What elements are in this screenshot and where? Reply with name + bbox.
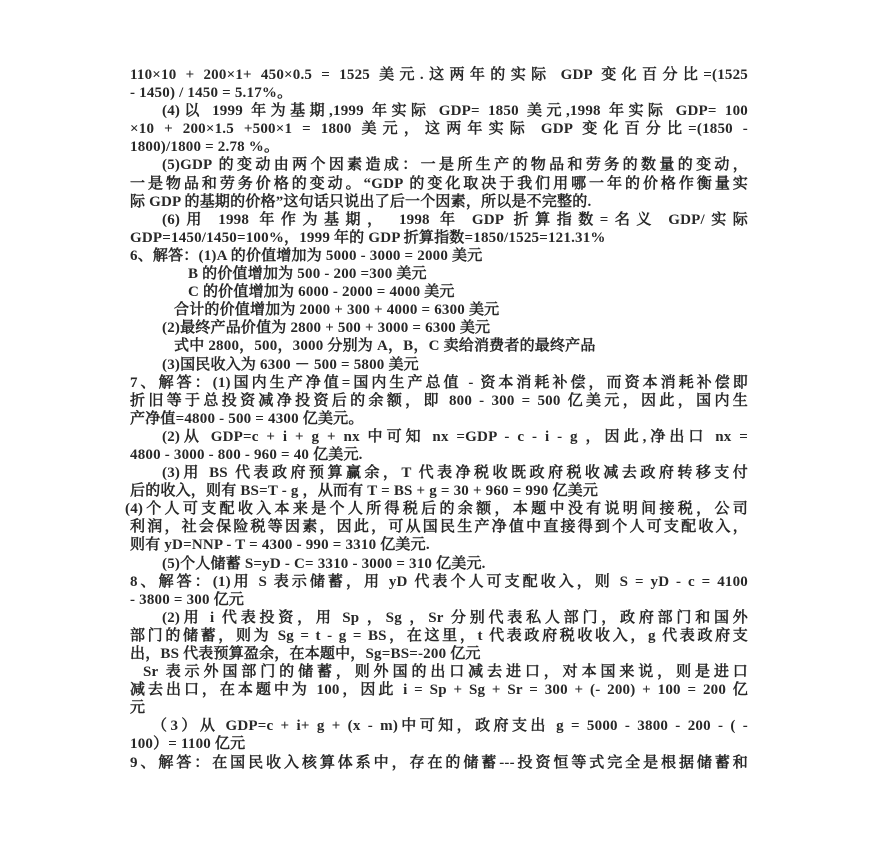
text-line: 部门的储蓄，则为 Sg = t - g = BS，在这里，t 代表政府税收收入，…: [130, 627, 748, 645]
text-line: 元: [130, 699, 748, 717]
text-line: 7、解答：(1)国内生产净值=国内生产总值 - 资本消耗补偿，而资本消耗补偿即: [130, 374, 748, 392]
text-line: - 3800 = 300 亿元: [130, 591, 748, 609]
text-line: 则有 yD=NNP - T = 4300 - 990 = 3310 亿美元.: [130, 536, 748, 554]
text-line: - 1450) / 1450 = 5.17%。: [130, 84, 748, 102]
text-line: (5)个人储蓄 S=yD - C= 3310 - 3000 = 310 亿美元.: [130, 555, 748, 573]
document-page: 110×10 + 200×1+ 450×0.5 = 1525 美元.这两年的实际…: [130, 66, 748, 772]
text-line: 6、解答：(1)A 的价值增加为 5000 - 3000 = 2000 美元: [130, 247, 748, 265]
text-line: GDP=1450/1450=100%，1999 年的 GDP 折算指数=1850…: [130, 229, 748, 247]
text-line: C 的价值增加为 6000 - 2000 = 4000 美元: [130, 283, 748, 301]
text-line: 100）= 1100 亿元: [130, 735, 748, 753]
text-line: 9、解答：在国民收入核算体系中，存在的储蓄---投资恒等式完全是根据储蓄和: [130, 754, 748, 772]
text-line: Sr 表示外国部门的储蓄，则外国的出口减去进口，对本国来说，则是进口: [130, 663, 748, 681]
text-line: (3)国民收入为 6300 － 500 = 5800 美元: [130, 356, 748, 374]
text-line: (2)用 i 代表投资，用 Sp ，Sg ，Sr 分别代表私人部门，政府部门和国…: [130, 609, 748, 627]
text-line: 际 GDP 的基期的价格”这句话只说出了后一个因素，所以是不完整的.: [130, 193, 748, 211]
text-line: 折旧等于总投资减净投资后的余额，即 800 - 300 = 500 亿美元，因此…: [130, 392, 748, 410]
text-line: (6)用 1998 年作为基期， 1998 年 GDP 折算指数=名义 GDP/…: [130, 211, 748, 229]
text-line: ×10 + 200×1.5 +500×1 = 1800 美元，这两年实际 GDP…: [130, 120, 748, 138]
text-line: 产净值=4800 - 500 = 4300 亿美元。: [130, 410, 748, 428]
text-line: 1800)/1800 = 2.78 %。: [130, 138, 748, 156]
text-line: (2)从 GDP=c + i + g + nx 中可知 nx =GDP - c …: [130, 428, 748, 446]
text-line: （3）从 GDP=c + i+ g + (x - m)中可知，政府支出 g = …: [130, 717, 748, 735]
text-line: 减去出口，在本题中为 100，因此 i = Sp + Sg + Sr = 300…: [130, 681, 748, 699]
text-line: 一是物品和劳务价格的变动。“GDP 的变化取决于我们用哪一年的价格作衡量实: [130, 175, 748, 193]
text-line: (4)以 1999 年为基期,1999 年实际 GDP= 1850 美元,199…: [130, 102, 748, 120]
text-line: (3)用 BS 代表政府预算赢余，T 代表净税收既政府税收减去政府转移支付: [130, 464, 748, 482]
text-line: 利润，社会保险税等因素，因此，可从国民生产净值中直接得到个人可支配收入，: [130, 518, 748, 536]
text-line: 式中 2800，500，3000 分别为 A，B，C 卖给消费者的最终产品: [130, 337, 748, 355]
text-line: (4)个人可支配收入本来是个人所得税后的余额，本题中没有说明间接税，公司: [125, 500, 748, 518]
text-line: B 的价值增加为 500 - 200 =300 美元: [130, 265, 748, 283]
text-line: 出，BS 代表预算盈余，在本题中，Sg=BS=-200 亿元: [130, 645, 748, 663]
text-line: (2)最终产品价值为 2800 + 500 + 3000 = 6300 美元: [130, 319, 748, 337]
text-line: 合计的价值增加为 2000 + 300 + 4000 = 6300 美元: [130, 301, 748, 319]
page-background: { "document": { "background_color": "#ff…: [0, 0, 870, 842]
text-line: (5)GDP 的变动由两个因素造成：一是所生产的物品和劳务的数量的变动，: [130, 156, 748, 174]
text-line: 4800 - 3000 - 800 - 960 = 40 亿美元.: [130, 446, 748, 464]
text-line: 110×10 + 200×1+ 450×0.5 = 1525 美元.这两年的实际…: [130, 66, 748, 84]
text-line: 8、解答：(1)用 S 表示储蓄，用 yD 代表个人可支配收入，则 S = yD…: [130, 573, 748, 591]
text-line: 后的收入，则有 BS=T - g ，从而有 T = BS + g = 30 + …: [130, 482, 748, 500]
